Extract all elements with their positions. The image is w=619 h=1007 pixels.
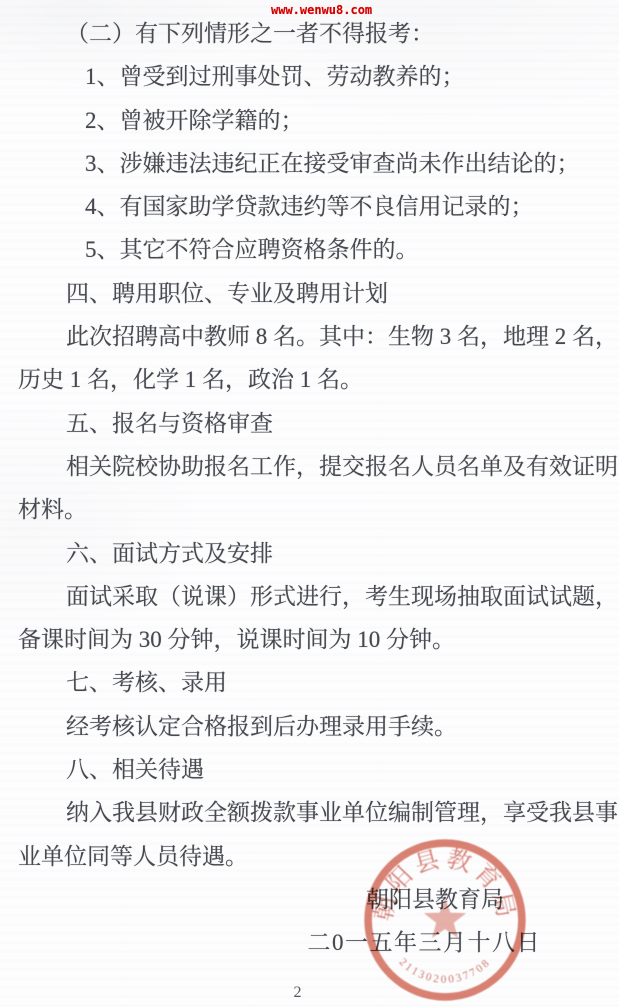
doc-line-14: 面试采取（说课）形式进行，考生现场抽取面试试题，	[0, 575, 619, 618]
doc-line-3: 2、曾被开除学籍的；	[0, 99, 619, 142]
doc-line-15: 备课时间为 30 分钟，说课时间为 10 分钟。	[0, 618, 619, 661]
doc-line-2: 1、曾受到过刑事处罚、劳动教养的；	[0, 55, 619, 98]
doc-line-7: 四、聘用职位、专业及聘用计划	[0, 272, 619, 315]
doc-line-16: 七、考核、录用	[0, 661, 619, 704]
doc-line-11: 相关院校协助报名工作，提交报名人员名单及有效证明	[0, 445, 619, 488]
official-seal: 朝阳县教育局 2113020037708	[359, 834, 531, 1006]
doc-line-8: 此次招聘高中教师 8 名。其中：生物 3 名，地理 2 名，	[0, 315, 619, 358]
svg-text:2113020037708: 2113020037708	[397, 956, 494, 986]
doc-line-4: 3、涉嫌违法违纪正在接受审查尚未作出结论的；	[0, 142, 619, 185]
doc-line-10: 五、报名与资格审查	[0, 402, 619, 445]
doc-line-6: 5、其它不符合应聘资格条件的。	[0, 228, 619, 271]
doc-line-17: 经考核认定合格报到后办理录用手续。	[0, 705, 619, 748]
doc-line-5: 4、有国家助学贷款违约等不良信用记录的；	[0, 185, 619, 228]
doc-line-19: 纳入我县财政全额拨款事业单位编制管理，享受我县事	[0, 791, 619, 834]
doc-line-9: 历史 1 名，化学 1 名，政治 1 名。	[0, 358, 619, 401]
doc-line-12: 材料。	[0, 488, 619, 531]
document-body: （二）有下列情形之一者不得报考： 1、曾受到过刑事处罚、劳动教养的； 2、曾被开…	[0, 12, 619, 965]
doc-line-1: （二）有下列情形之一者不得报考：	[0, 12, 619, 55]
scanned-document-page: www.wenwu8.com （二）有下列情形之一者不得报考： 1、曾受到过刑事…	[0, 0, 619, 1007]
seal-serial-number: 2113020037708	[397, 956, 494, 986]
seal-star-icon	[424, 898, 466, 938]
doc-line-13: 六、面试方式及安排	[0, 532, 619, 575]
doc-line-18: 八、相关待遇	[0, 748, 619, 791]
